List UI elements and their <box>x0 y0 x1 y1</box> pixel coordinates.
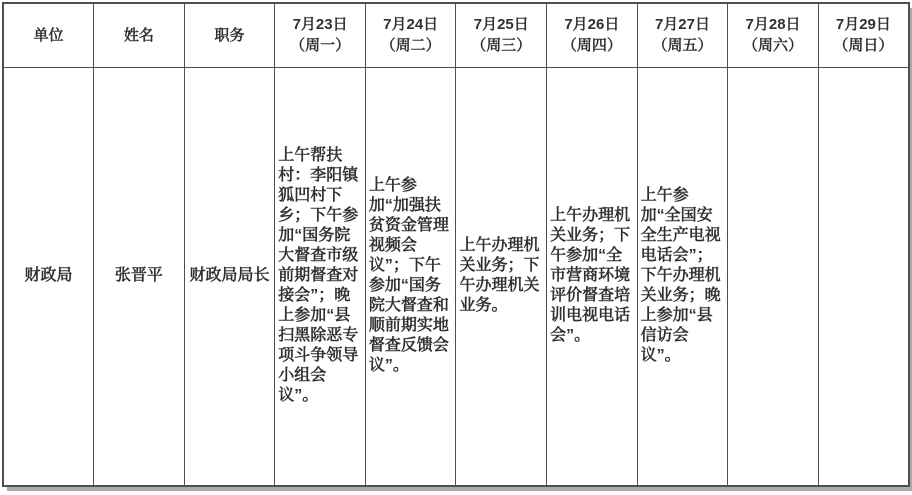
header-date-wednesday: 7月25日 （周三） <box>456 3 547 67</box>
weekday-label: （周三） <box>457 35 545 56</box>
date-label: 7月29日 <box>820 14 907 35</box>
schedule-sheet: 单位 姓名 职务 7月23日 （周一） 7月24日 （周二） 7月25日 （周三… <box>2 2 910 487</box>
weekday-label: （周日） <box>820 35 907 56</box>
header-name: 姓名 <box>94 3 185 67</box>
date-label: 7月24日 <box>367 14 455 35</box>
cell-unit: 财政局 <box>3 67 94 486</box>
header-row: 单位 姓名 职务 7月23日 （周一） 7月24日 （周二） 7月25日 （周三… <box>3 3 909 67</box>
weekday-label: （周二） <box>367 35 455 56</box>
table-row: 财政局 张晋平 财政局局长 上午帮扶村：李阳镇狐凹村下乡；下午参加“国务院大督查… <box>3 67 909 486</box>
date-label: 7月26日 <box>548 14 636 35</box>
weekday-label: （周四） <box>548 35 636 56</box>
cell-schedule-monday: 上午帮扶村：李阳镇狐凹村下乡；下午参加“国务院大督查市级前期督查对接会”；晚上参… <box>275 67 366 486</box>
cell-schedule-wednesday: 上午办理机关业务；下午办理机关业务。 <box>456 67 547 486</box>
header-date-thursday: 7月26日 （周四） <box>547 3 638 67</box>
page: 单位 姓名 职务 7月23日 （周一） 7月24日 （周二） 7月25日 （周三… <box>0 0 912 495</box>
date-label: 7月25日 <box>457 14 545 35</box>
cell-schedule-friday: 上午参加“全国安全生产电视电话会”；下午办理机关业务；晚上参加“县信访会议”。 <box>637 67 728 486</box>
weekday-label: （周一） <box>276 35 364 56</box>
header-title: 职务 <box>184 3 275 67</box>
header-date-tuesday: 7月24日 （周二） <box>365 3 456 67</box>
header-date-saturday: 7月28日 （周六） <box>728 3 819 67</box>
cell-schedule-thursday: 上午办理机关业务；下午参加“全市营商环境评价督查培训电视电话会”。 <box>547 67 638 486</box>
cell-schedule-tuesday: 上午参加“加强扶贫资金管理视频会议”；下午参加“国务院大督查和顺前期实地督查反馈… <box>365 67 456 486</box>
cell-schedule-saturday <box>728 67 819 486</box>
header-date-monday: 7月23日 （周一） <box>275 3 366 67</box>
weekday-label: （周五） <box>639 35 727 56</box>
weekday-label: （周六） <box>729 35 817 56</box>
cell-name: 张晋平 <box>94 67 185 486</box>
date-label: 7月28日 <box>729 14 817 35</box>
header-unit: 单位 <box>3 3 94 67</box>
header-date-friday: 7月27日 （周五） <box>637 3 728 67</box>
schedule-table: 单位 姓名 职务 7月23日 （周一） 7月24日 （周二） 7月25日 （周三… <box>2 2 910 487</box>
cell-title: 财政局局长 <box>184 67 275 486</box>
header-date-sunday: 7月29日 （周日） <box>818 3 909 67</box>
cell-schedule-sunday <box>818 67 909 486</box>
date-label: 7月23日 <box>276 14 364 35</box>
date-label: 7月27日 <box>639 14 727 35</box>
